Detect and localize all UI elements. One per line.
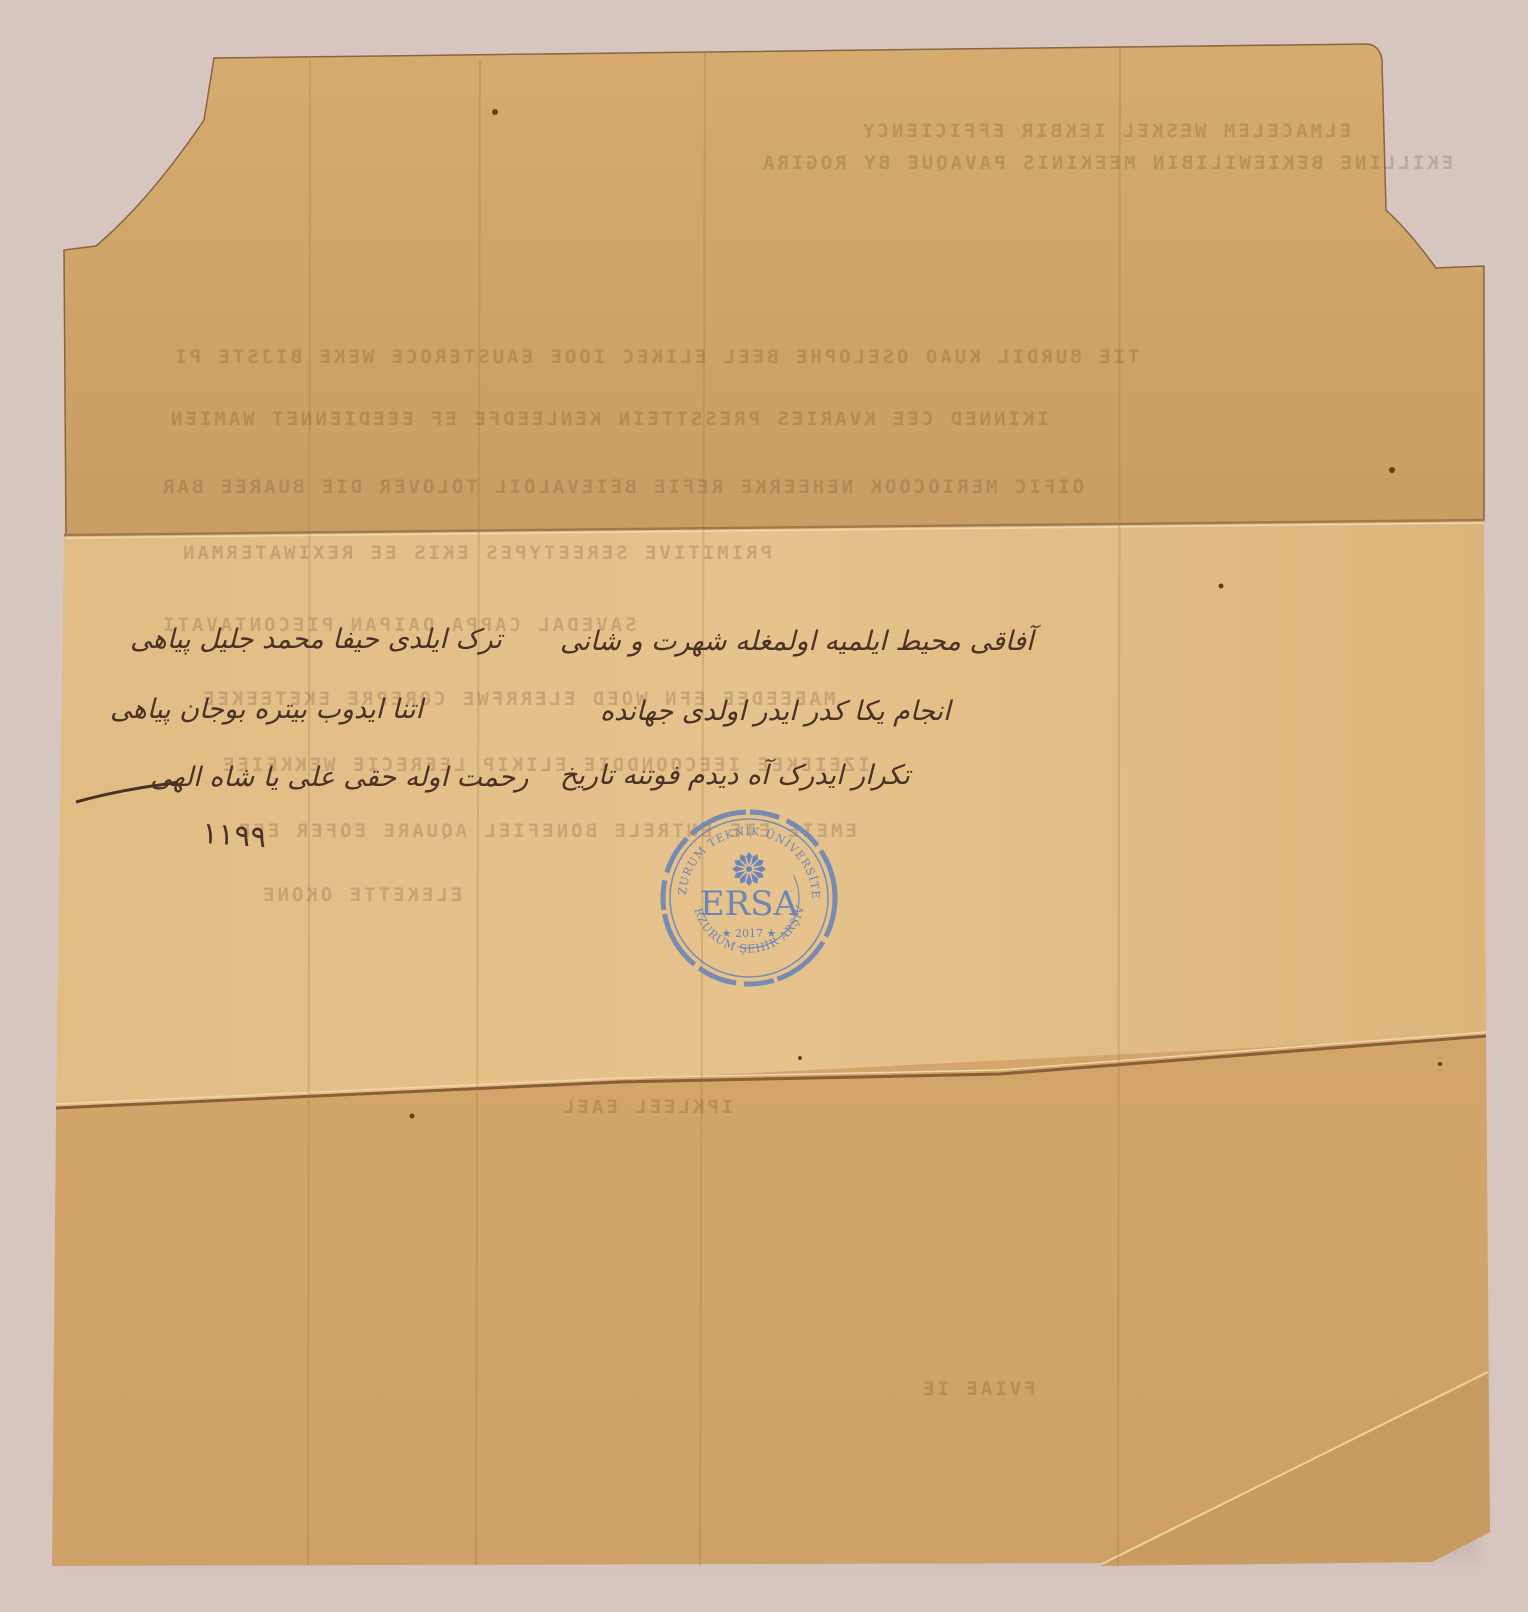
document-scan	[0, 0, 1528, 1612]
stamp-center-text: ERSA	[700, 884, 799, 924]
ersa-archive-stamp: ERZURUM TEKNİK ÜNİVERSİTESİ ERZURUM ŞEHİ…	[658, 807, 840, 989]
stamp-year: ★ 2017 ★	[722, 927, 777, 940]
flower-emblem-icon	[732, 852, 766, 886]
paper-top-panel	[64, 44, 1484, 535]
